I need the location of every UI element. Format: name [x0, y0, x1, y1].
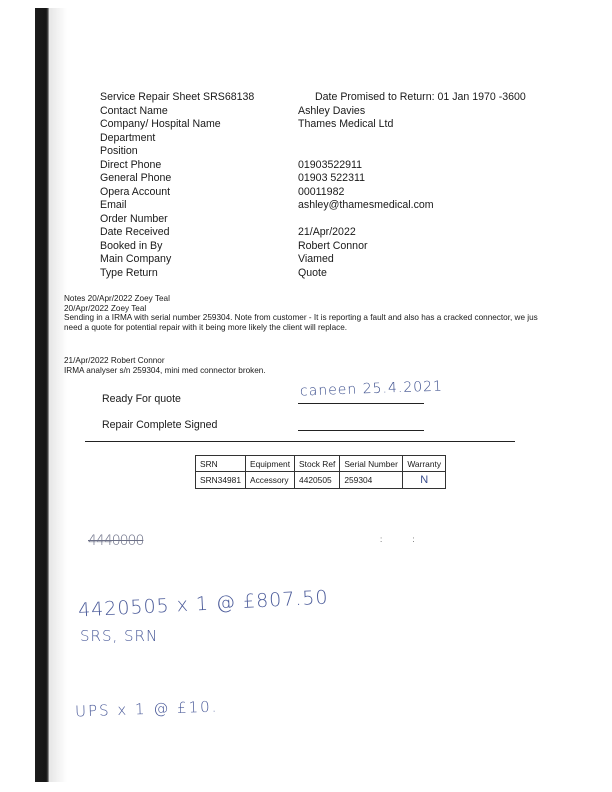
field-value: Viamed — [298, 253, 334, 267]
field-label: Department — [100, 132, 155, 146]
note-text: need a quote for potential repair with i… — [64, 323, 604, 333]
note-text: IRMA analyser s/n 259304, mini med conne… — [64, 366, 266, 376]
field-label: Email — [100, 199, 127, 213]
table-header: Serial Number — [340, 456, 403, 472]
field-label: Opera Account — [100, 186, 170, 200]
handwritten-line-1: 4420505 x 1 @ £807.50 — [78, 586, 329, 621]
date-promised: Date Promised to Return: 01 Jan 1970 -36… — [315, 91, 526, 105]
field-label: Order Number — [100, 213, 168, 227]
notes-heading: Notes 20/Apr/2022 Zoey Teal — [64, 294, 604, 304]
table-cell: SRN34981 — [196, 472, 246, 489]
field-value: Quote — [298, 267, 327, 281]
sheet-title: Service Repair Sheet SRS68138 — [100, 91, 254, 105]
field-value: 01903 522311 — [298, 172, 365, 186]
field-label: Main Company — [100, 253, 171, 267]
note-entry-2: 21/Apr/2022 Robert Connor IRMA analyser … — [64, 356, 266, 375]
field-label: Position — [100, 145, 138, 159]
scan-specks: : : — [380, 535, 429, 544]
note-author: 21/Apr/2022 Robert Connor — [64, 356, 266, 366]
field-label: Booked in By — [100, 240, 162, 254]
field-value: 21/Apr/2022 — [298, 226, 356, 240]
table-header: SRN — [196, 456, 246, 472]
handwritten-crossed-out: 4440000 — [88, 533, 143, 549]
field-label: Date Received — [100, 226, 170, 240]
table-cell: 259304 — [340, 472, 403, 489]
field-value: ashley@thamesmedical.com — [298, 199, 434, 213]
field-value: Robert Connor — [298, 240, 368, 254]
notes-section: Notes 20/Apr/2022 Zoey Teal 20/Apr/2022 … — [64, 294, 604, 332]
field-label: Company/ Hospital Name — [100, 118, 221, 132]
table-header: Warranty — [403, 456, 446, 472]
field-label: Contact Name — [100, 105, 168, 119]
ready-for-quote-label: Ready For quote — [102, 393, 181, 405]
table-header-row: SRN Equipment Stock Ref Serial Number Wa… — [196, 456, 446, 472]
equipment-table: SRN Equipment Stock Ref Serial Number Wa… — [195, 455, 446, 489]
field-label: General Phone — [100, 172, 171, 186]
table-cell: 4420505 — [295, 472, 340, 489]
section-divider — [85, 441, 515, 442]
field-value: Thames Medical Ltd — [298, 118, 393, 132]
handwritten-line-2: SRS, SRN — [80, 627, 158, 645]
field-label: Direct Phone — [100, 159, 161, 173]
scan-edge-gradient — [49, 8, 67, 782]
scan-edge-shadow — [35, 8, 49, 782]
handwritten-line-3: UPS x 1 @ £10. — [75, 698, 219, 721]
ready-signature: caneen 25.4.2021 — [300, 379, 443, 400]
note-text: Sending in a IRMA with serial number 259… — [64, 313, 604, 323]
field-label: Type Return — [100, 267, 158, 281]
complete-signature-line — [298, 430, 424, 431]
table-header: Equipment — [245, 456, 294, 472]
note-author: 20/Apr/2022 Zoey Teal — [64, 304, 604, 314]
field-value: 01903522911 — [298, 159, 362, 173]
table-row: SRN34981 Accessory 4420505 259304 N — [196, 472, 446, 489]
field-value: 00011982 — [298, 186, 344, 200]
field-value: Ashley Davies — [298, 105, 365, 119]
table-cell: Accessory — [245, 472, 294, 489]
table-header: Stock Ref — [295, 456, 340, 472]
ready-signature-line — [298, 403, 424, 404]
repair-complete-label: Repair Complete Signed — [102, 419, 217, 431]
warranty-cell: N — [403, 472, 446, 489]
